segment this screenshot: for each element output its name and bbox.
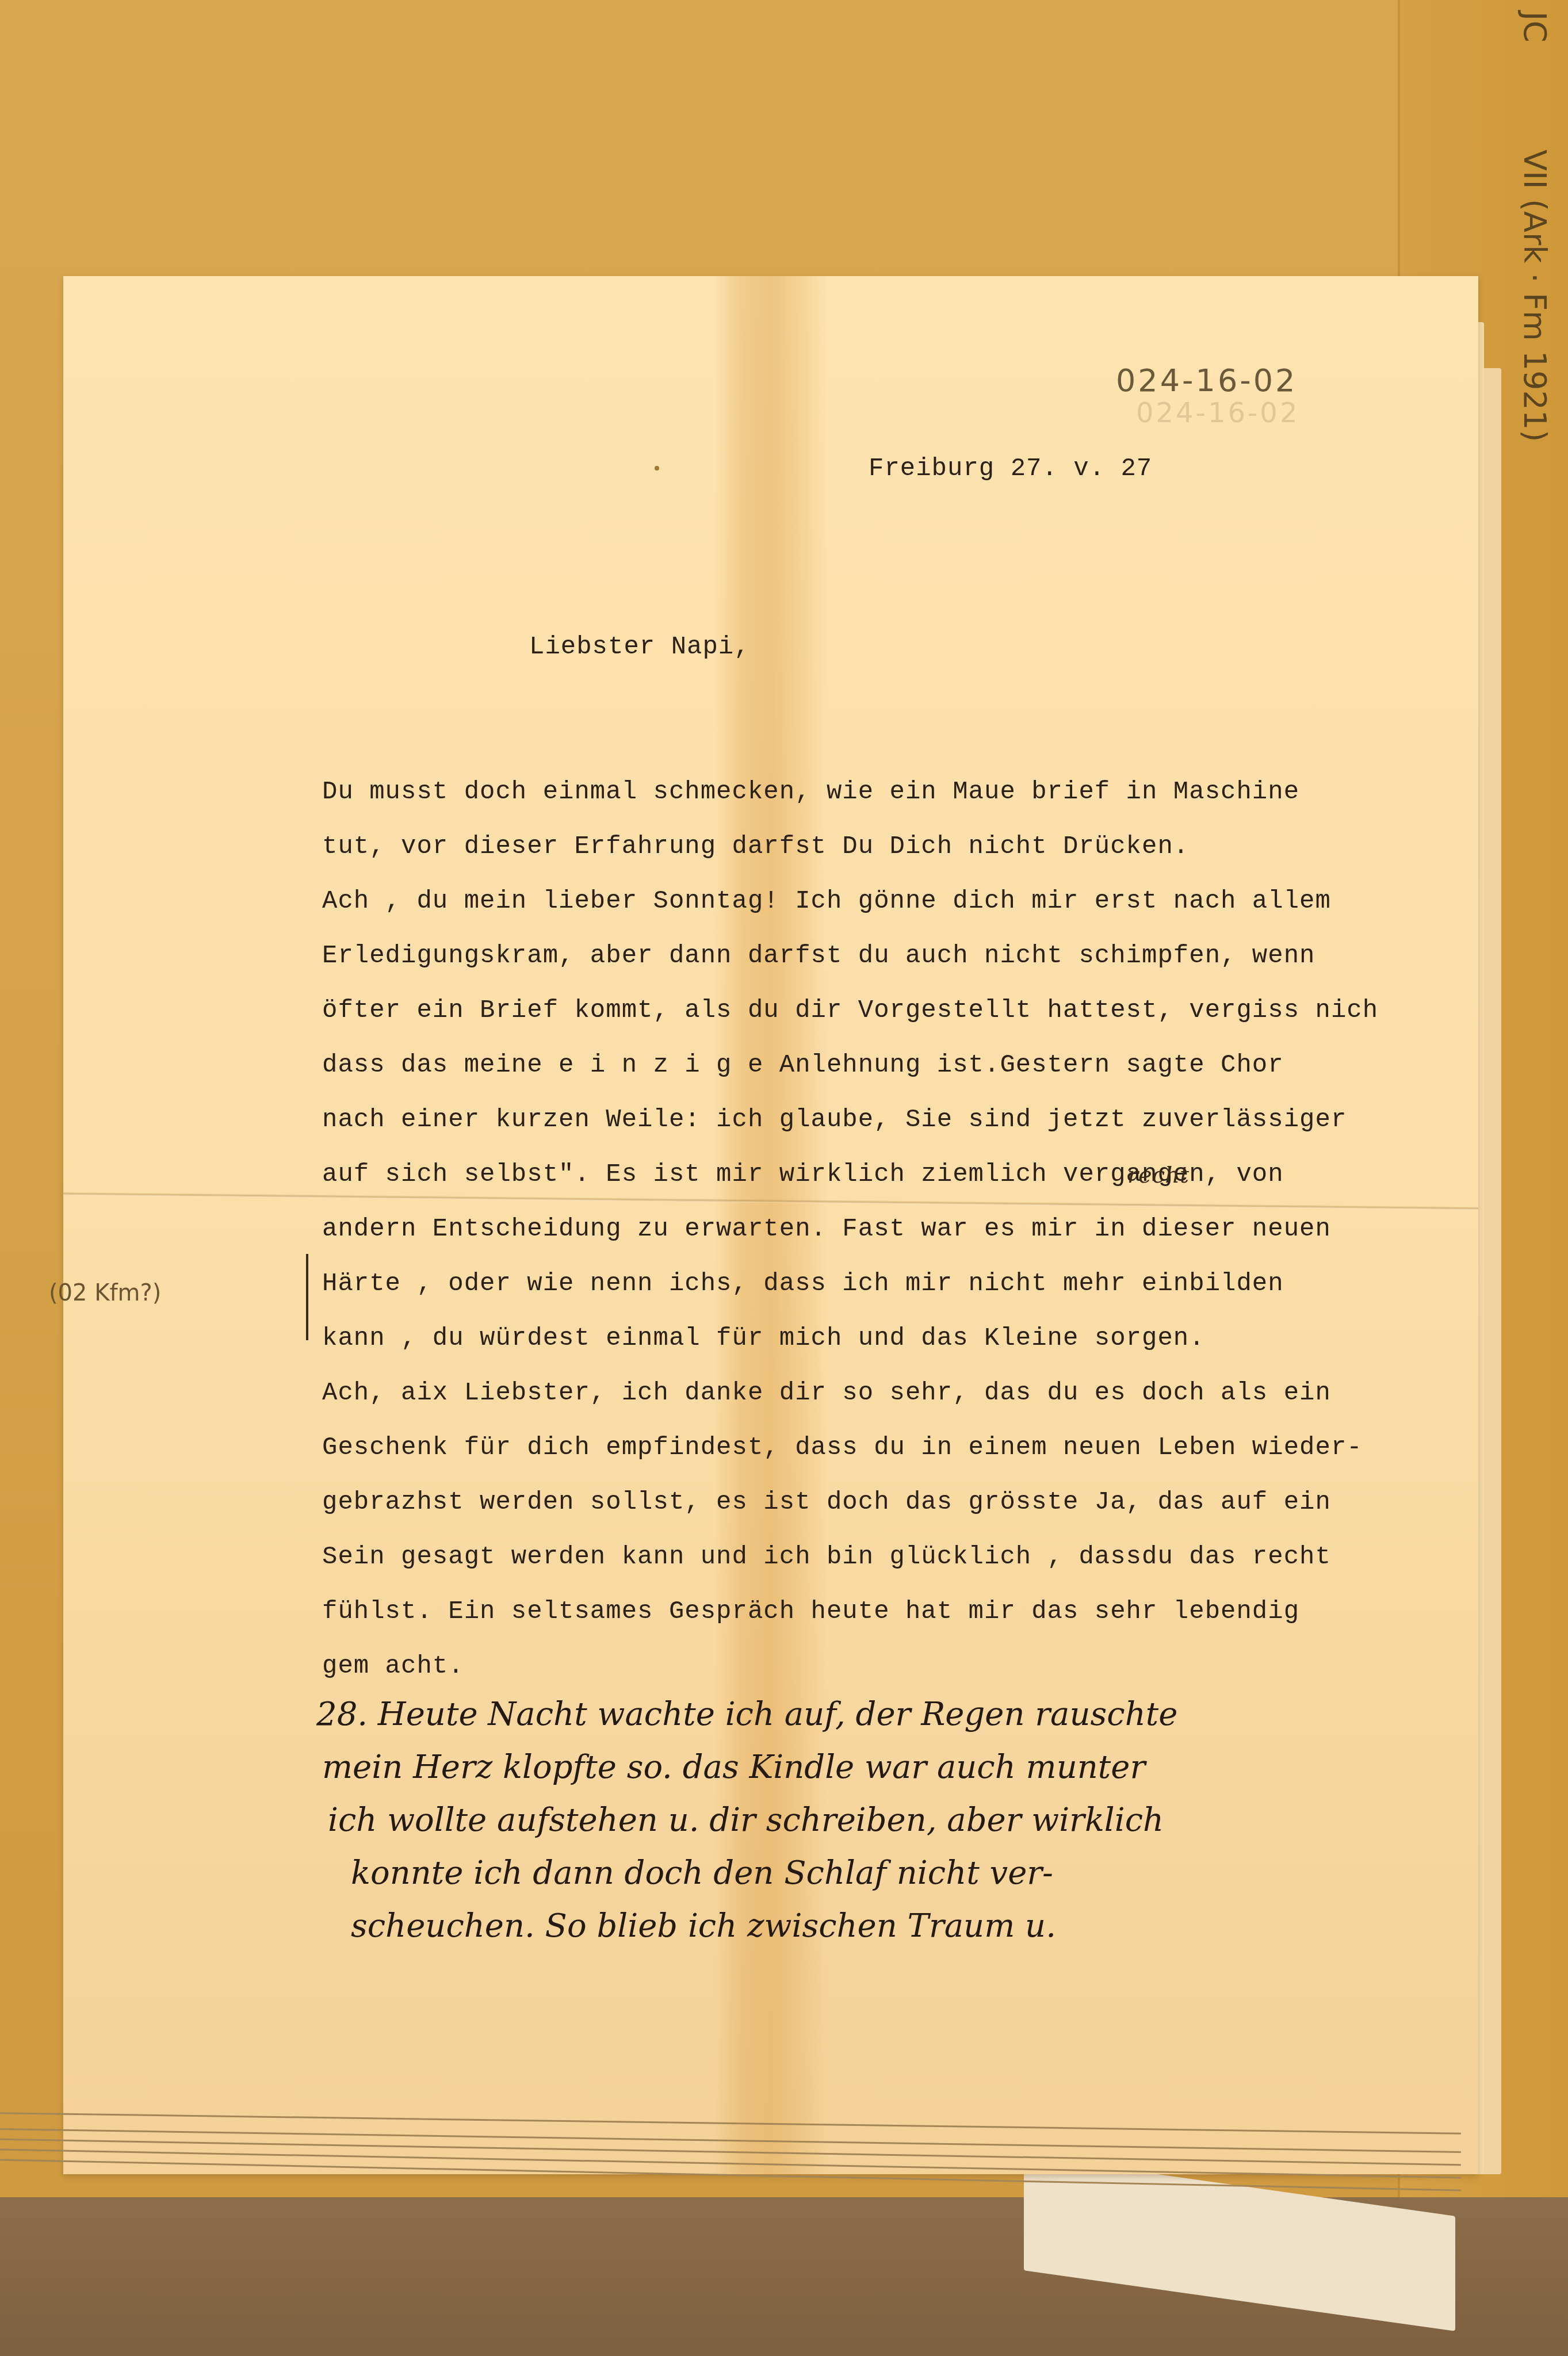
handwritten-line: 28. Heute Nacht wachte ich auf, der Rege… [316,1688,1177,1741]
typed-line: dass das meine e i n z i g e Anlehnung i… [322,1038,1378,1093]
ink-dot [655,466,659,471]
margin-mark [306,1254,308,1340]
typed-body: Du musst doch einmal schmecken, wie ein … [322,765,1378,1694]
typed-line: gem acht. [322,1639,1378,1694]
typed-line: fühlst. Ein seltsames Gespräch heute hat… [322,1585,1378,1639]
typed-line: Geschenk für dich empfindest, dass du in… [322,1421,1378,1475]
handwritten-line: scheuchen. So blieb ich zwischen Traum u… [316,1900,1177,1953]
folder-label: VII (Ark · Fm 1921) [1517,150,1553,442]
typed-line: Sein gesagt werden kann und ich bin glüc… [322,1530,1378,1585]
handwritten-line: konnte ich dann doch den Schlaf nicht ve… [316,1847,1177,1900]
typed-line: Härte , oder wie nenn ichs, dass ich mir… [322,1257,1378,1311]
margin-note: (02 Kfm?) [49,1280,161,1306]
typed-line: tut, vor dieser Erfahrung darfst Du Dich… [322,820,1378,874]
typed-line: auf sich selbst". Es ist mir wirklich zi… [322,1148,1378,1202]
typed-line: Erledigungskram, aber dann darfst du auc… [322,929,1378,984]
typed-line: andern Entscheidung zu erwarten. Fast wa… [322,1202,1378,1257]
archive-number-bleedthrough: 024-16-02 [1136,397,1299,429]
typed-line: Ach, aix Liebster, ich danke dir so sehr… [322,1366,1378,1421]
handwritten-postscript: 28. Heute Nacht wachte ich auf, der Rege… [316,1688,1177,1953]
archive-number: 024-16-02 [1116,362,1297,399]
stack-edges [0,2111,1473,2197]
dateline: Freiburg 27. v. 27 [869,454,1152,483]
handwritten-line: mein Herz klopfte so. das Kindle war auc… [316,1741,1177,1794]
typed-line: kann , du würdest einmal für mich und da… [322,1311,1378,1366]
folder-label-top: JC [1517,12,1553,43]
handwritten-insertion: recht [1127,1162,1189,1188]
typed-line: Ach , du mein lieber Sonntag! Ich gönne … [322,874,1378,929]
typed-line: gebrazhst werden sollst, es ist doch das… [322,1475,1378,1530]
salutation: Liebster Napi, [529,633,750,661]
typed-line: öfter ein Brief kommt, als du dir Vorges… [322,984,1378,1038]
handwritten-line: ich wollte aufstehen u. dir schreiben, a… [316,1794,1177,1847]
typed-line: Du musst doch einmal schmecken, wie ein … [322,765,1378,820]
typed-line: nach einer kurzen Weile: ich glaube, Sie… [322,1093,1378,1148]
